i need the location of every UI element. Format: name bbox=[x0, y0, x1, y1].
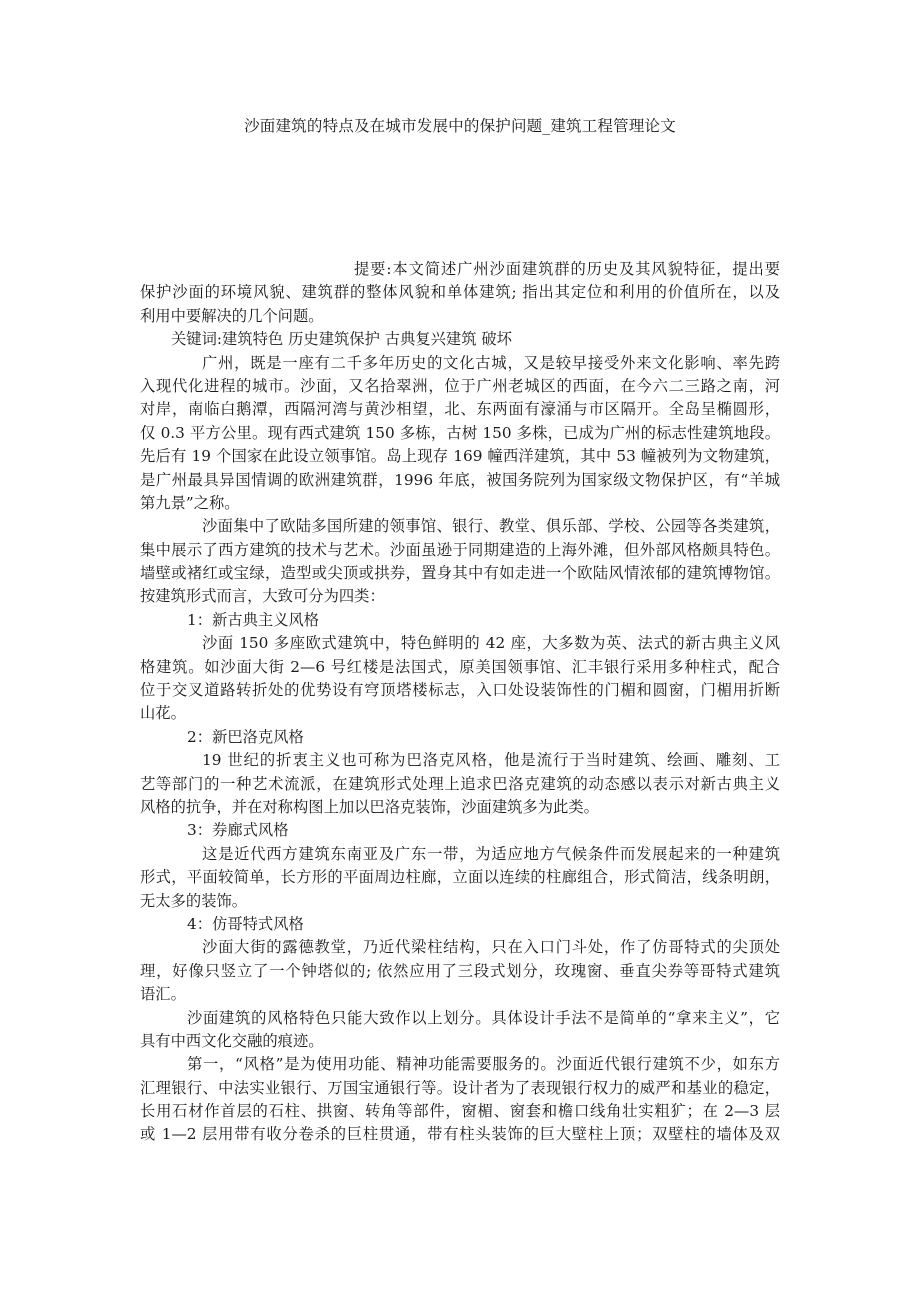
text-line: 仅 0.3 平方公里。现有西式建筑 150 多栋，古树 150 多株，已成为广州… bbox=[140, 422, 780, 445]
text-line: 按建筑形式而言，大致可分为四类： bbox=[140, 585, 780, 608]
text-line: 风格的抗争，并在对称构图上加以巴洛克装饰，沙面建筑多为此类。 bbox=[140, 796, 780, 819]
text-line: 汇理银行、中法实业银行、万国宝通银行等。设计者为了表现银行权力的威严和基业的稳定… bbox=[140, 1077, 780, 1100]
text-line: 关键词:建筑特色 历史建筑保护 古典复兴建筑 破坏 bbox=[140, 328, 780, 351]
text-line: 第一，“风格”是为使用功能、精神功能需要服务的。沙面近代银行建筑不少，如东方 bbox=[140, 1053, 780, 1076]
text-line: 4：仿哥特式风格 bbox=[140, 913, 780, 936]
text-line: 2：新巴洛克风格 bbox=[140, 726, 780, 749]
text-line: 沙面建筑的风格特色只能大致作以上划分。具体设计手法不是简单的“拿来主义”，它 bbox=[140, 1007, 780, 1030]
text-line: 格建筑。如沙面大街 2—6 号红楼是法国式，原美国领事馆、汇丰银行采用多种柱式，… bbox=[140, 656, 780, 679]
text-line: 广州，既是一座有二千多年历史的文化古城，又是较早接受外来文化影响、率先跨 bbox=[140, 352, 780, 375]
text-line: 或 1—2 层用带有收分卷杀的巨柱贯通，带有柱头装饰的巨大壁柱上顶；双壁柱的墙体… bbox=[140, 1123, 780, 1146]
text-line: 理，好像只竖立了一个钟塔似的; 依然应用了三段式划分，玫瑰窗、垂直尖券等哥特式建… bbox=[140, 960, 780, 983]
text-line: 1：新古典主义风格 bbox=[140, 609, 780, 632]
text-line: 提要:本文简述广州沙面建筑群的历史及其风貌特征，提出要 bbox=[140, 258, 780, 281]
text-line: 位于交叉道路转折处的优势设有穹顶塔楼标志，入口处设装饰性的门楣和圆窗，门楣用折断 bbox=[140, 679, 780, 702]
text-line: 利用中要解决的几个问题。 bbox=[140, 305, 780, 328]
text-line: 具有中西文化交融的痕迹。 bbox=[140, 1030, 780, 1053]
text-line: 3：券廊式风格 bbox=[140, 819, 780, 842]
document-body: 提要:本文简述广州沙面建筑群的历史及其风貌特征，提出要保护沙面的环境风貌、建筑群… bbox=[140, 258, 780, 1147]
text-line: 形式，平面较简单，长方形的平面周边柱廊，立面以连续的柱廊组合，形式简洁，线条明朗… bbox=[140, 866, 780, 889]
text-line: 是广州最具异国情调的欧洲建筑群，1996 年底，被国务院列为国家级文物保护区，有… bbox=[140, 469, 780, 492]
text-line: 这是近代西方建筑东南亚及广东一带，为适应地方气候条件而发展起来的一种建筑 bbox=[140, 843, 780, 866]
text-line: 沙面 150 多座欧式建筑中，特色鲜明的 42 座，大多数为英、法式的新古典主义… bbox=[140, 632, 780, 655]
text-line: 对岸，南临白鹅潭，西隔河湾与黄沙相望，北、东两面有濠涌与市区隔开。全岛呈椭圆形， bbox=[140, 398, 780, 421]
text-line: 集中展示了西方建筑的技术与艺术。沙面虽逊于同期建造的上海外滩，但外部风格颇具特色… bbox=[140, 539, 780, 562]
text-line: 长用石材作首层的石柱、拱窗、转角等部件，窗楣、窗套和檐口线角壮实粗犷；在 2—3… bbox=[140, 1100, 780, 1123]
document-title: 沙面建筑的特点及在城市发展中的保护问题_建筑工程管理论文 bbox=[0, 114, 920, 136]
text-line: 艺等部门的一种艺术流派，在建筑形式处理上追求巴洛克建筑的动态感以表示对新古典主义 bbox=[140, 773, 780, 796]
text-line: 先后有 19 个国家在此设立领事馆。岛上现存 169 幢西洋建筑，其中 53 幢… bbox=[140, 445, 780, 468]
text-line: 入现代化进程的城市。沙面，又名拾翠洲，位于广州老城区的西面，在今六二三路之南，河 bbox=[140, 375, 780, 398]
text-line: 语汇。 bbox=[140, 983, 780, 1006]
text-line: 沙面大街的露德教堂，乃近代梁柱结构，只在入口门斗处，作了仿哥特式的尖顶处 bbox=[140, 936, 780, 959]
text-line: 第九景”之称。 bbox=[140, 492, 780, 515]
text-line: 山花。 bbox=[140, 702, 780, 725]
text-line: 墙壁或褚红或宝绿，造型或尖顶或拱券，置身其中有如走进一个欧陆风情浓郁的建筑博物馆… bbox=[140, 562, 780, 585]
text-line: 沙面集中了欧陆多国所建的领事馆、银行、教堂、俱乐部、学校、公园等各类建筑， bbox=[140, 515, 780, 538]
text-line: 无太多的装饰。 bbox=[140, 890, 780, 913]
text-line: 19 世纪的折衷主义也可称为巴洛克风格，他是流行于当时建筑、绘画、雕刻、工 bbox=[140, 749, 780, 772]
text-line: 保护沙面的环境风貌、建筑群的整体风貌和单体建筑; 指出其定位和利用的价值所在，以… bbox=[140, 281, 780, 304]
